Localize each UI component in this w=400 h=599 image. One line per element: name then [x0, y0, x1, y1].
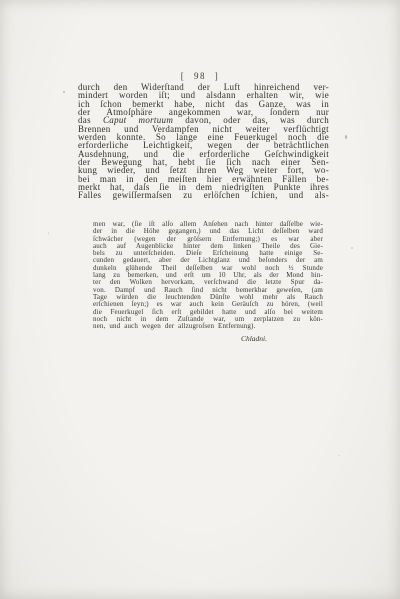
dust-speck [338, 455, 340, 456]
text-line: Falles gewiſſermaſsen zu erlöſchen ſchie… [78, 191, 329, 199]
dust-speck [63, 91, 65, 93]
author-signature: Chladni. [93, 334, 323, 343]
book-page-scan: [ 98 ] durch den Widerſtand der Luft hin… [0, 0, 400, 599]
page-number: [ 98 ] [0, 71, 400, 81]
dust-speck [351, 247, 353, 249]
footnote-line: nen, und auch wegen der allzugroſsen Ent… [93, 323, 323, 330]
footnote: men war, (ſie iſt alſo allem Anſehen nac… [93, 221, 323, 330]
dust-speck [345, 135, 347, 139]
body-text: durch den Widerſtand der Luft hinreichen… [78, 83, 329, 200]
dust-speck [48, 232, 49, 234]
